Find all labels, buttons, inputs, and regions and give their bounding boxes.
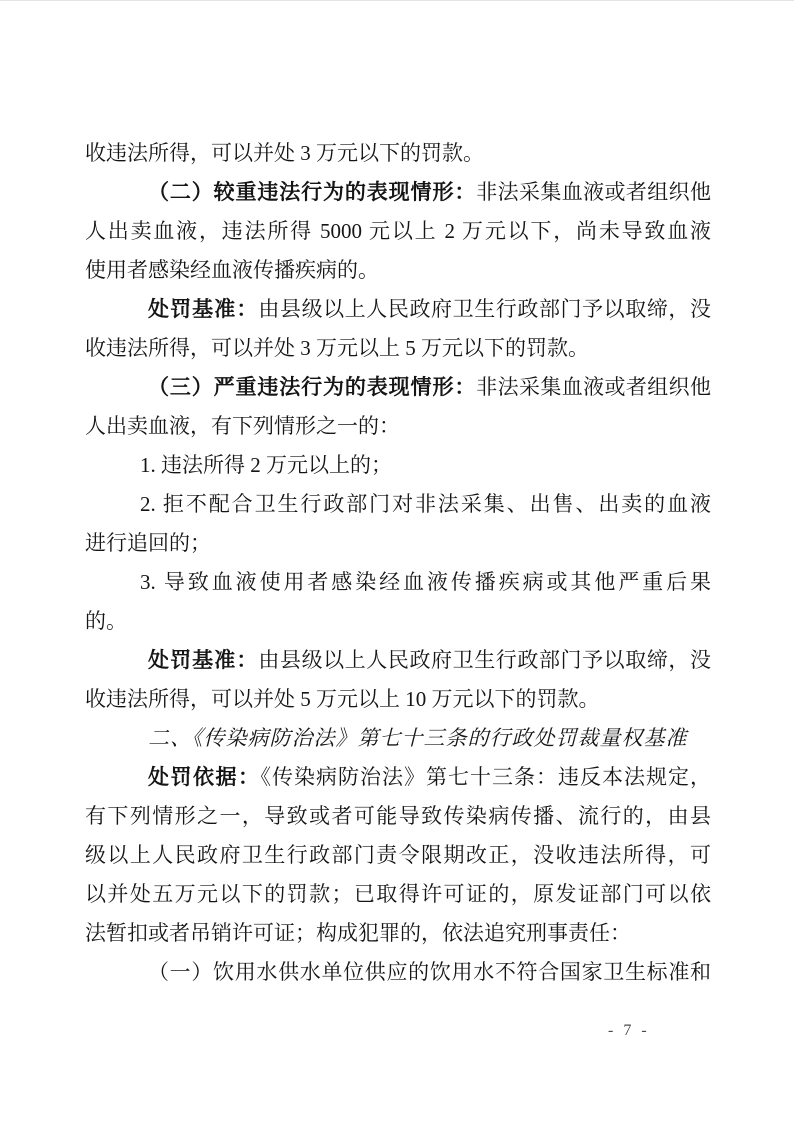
bold-heading-run: （三）严重违法行为的表现情形： [148,376,476,399]
list-item-line: 3. 导致血液使用者感染经血液传播疾病或其他严重后果 [85,563,711,602]
text-line: 收违法所得，可以并处 5 万元以上 10 万元以下的罚款。 [85,680,711,719]
text-run: 由县级以上人民政府卫生行政部门予以取缔，没 [258,297,711,321]
text-run: 法暂扣或者吊销许可证；构成犯罪的，依法追究刑事责任： [85,921,631,945]
text-run: 人出卖血液，违法所得 5000 元以上 2 万元以下，尚未导致血液 [85,219,711,243]
text-run: 以并处五万元以下的罚款；已取得许可证的，原发证部门可以依 [85,882,711,906]
text-run: 3. 导致血液使用者感染经血液传播疾病或其他严重后果 [140,570,711,594]
bold-heading-run: 处罚基准： [148,649,258,672]
text-run: 收违法所得，可以并处 3 万元以下的罚款。 [85,141,484,165]
text-run: 的。 [85,609,127,633]
text-line: 处罚依据：《传染病防治法》第七十三条：违反本法规定， [85,758,711,797]
text-line: 以并处五万元以下的罚款；已取得许可证的，原发证部门可以依 [85,875,711,914]
section-heading-line: 二、《传染病防治法》第七十三条的行政处罚裁量权基准 [85,719,711,758]
text-line: 人出卖血液，违法所得 5000 元以上 2 万元以下，尚未导致血液 [85,212,711,251]
text-line: 收违法所得，可以并处 3 万元以下的罚款。 [85,134,711,173]
text-line: （三）严重违法行为的表现情形：非法采集血液或者组织他 [85,368,711,407]
text-line: 使用者感染经血液传播疾病的。 [85,251,711,290]
page-number: - 7 - [608,1022,708,1040]
text-run: 进行追回的； [85,531,211,555]
text-run: 级以上人民政府卫生行政部门责令限期改正，没收违法所得，可 [85,843,711,867]
section-heading-run: 二、《传染病防治法》第七十三条的行政处罚裁量权基准 [148,726,688,750]
scan-edge-line [0,0,794,1]
text-line: 法暂扣或者吊销许可证；构成犯罪的，依法追究刑事责任： [85,914,711,953]
text-run: 2. 拒不配合卫生行政部门对非法采集、出售、出卖的血液 [140,492,711,516]
bold-heading-run: 处罚依据： [148,766,261,789]
text-run: 收违法所得，可以并处 5 万元以上 10 万元以下的罚款。 [85,687,600,711]
list-item-line: 2. 拒不配合卫生行政部门对非法采集、出售、出卖的血液 [85,485,711,524]
text-run: 1. 违法所得 2 万元以上的； [140,453,392,477]
text-line: 收违法所得，可以并处 3 万元以上 5 万元以下的罚款。 [85,329,711,368]
text-line: 进行追回的； [85,524,711,563]
text-run: 有下列情形之一，导致或者可能导致传染病传播、流行的，由县 [85,804,711,828]
list-item-line: 1. 违法所得 2 万元以上的； [85,446,711,485]
text-run: 收违法所得，可以并处 3 万元以上 5 万元以下的罚款。 [85,336,589,360]
bold-heading-run: （二）较重违法行为的表现情形： [148,181,476,204]
text-run: 使用者感染经血液传播疾病的。 [85,258,379,282]
text-run: 人出卖血液，有下列情形之一的： [85,414,400,438]
bold-heading-run: 处罚基准： [148,298,258,321]
text-line: 级以上人民政府卫生行政部门责令限期改正，没收违法所得，可 [85,836,711,875]
text-run: （一）饮用水供水单位供应的饮用水不符合国家卫生标准和 [148,960,711,984]
text-run: 非法采集血液或者组织他 [476,375,711,399]
text-line: 处罚基准：由县级以上人民政府卫生行政部门予以取缔，没 [85,290,711,329]
text-line: 的。 [85,602,711,641]
text-run: 《传染病防治法》第七十三条：违反本法规定， [261,765,712,789]
text-line: 处罚基准：由县级以上人民政府卫生行政部门予以取缔，没 [85,641,711,680]
text-line: 有下列情形之一，导致或者可能导致传染病传播、流行的，由县 [85,797,711,836]
document-body: 收违法所得，可以并处 3 万元以下的罚款。 （二）较重违法行为的表现情形：非法采… [85,134,711,992]
text-line: （二）较重违法行为的表现情形：非法采集血液或者组织他 [85,173,711,212]
text-run: 由县级以上人民政府卫生行政部门予以取缔，没 [258,648,711,672]
text-run: 非法采集血液或者组织他 [476,180,711,204]
text-line: （一）饮用水供水单位供应的饮用水不符合国家卫生标准和 [85,953,711,992]
text-line: 人出卖血液，有下列情形之一的： [85,407,711,446]
